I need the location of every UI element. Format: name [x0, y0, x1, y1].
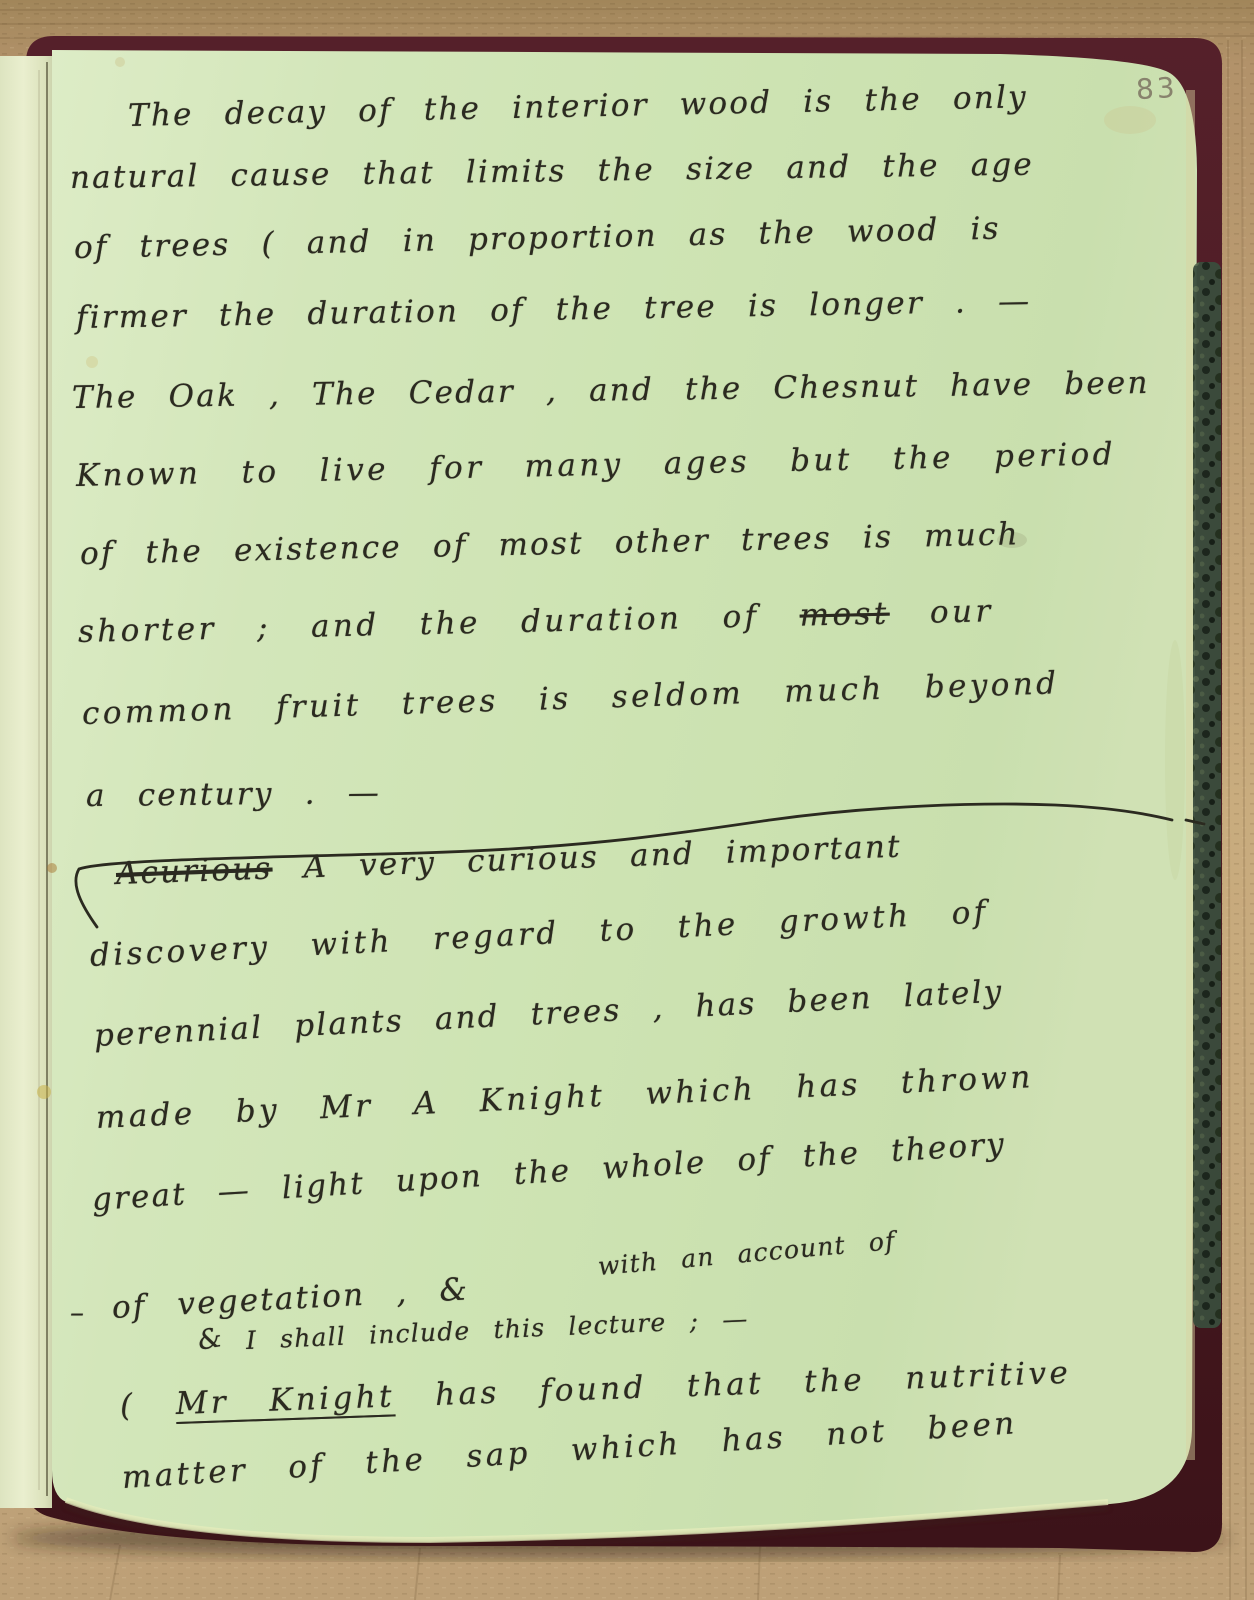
margin-insertion-mark: –	[70, 1296, 86, 1329]
underlined-name: Mr Knight	[175, 1378, 395, 1422]
manuscript-line-10: a century . —	[86, 775, 381, 814]
manuscript-photo: 83 The decay of the interior wood is the…	[0, 0, 1254, 1600]
marbled-cover-band	[1193, 262, 1221, 1328]
struck-word: Acurious	[115, 851, 273, 892]
page-number: 83	[1135, 71, 1178, 106]
left-pages-edge	[0, 56, 52, 1508]
caret-mark: &	[195, 1322, 225, 1357]
struck-word: most	[799, 596, 890, 634]
